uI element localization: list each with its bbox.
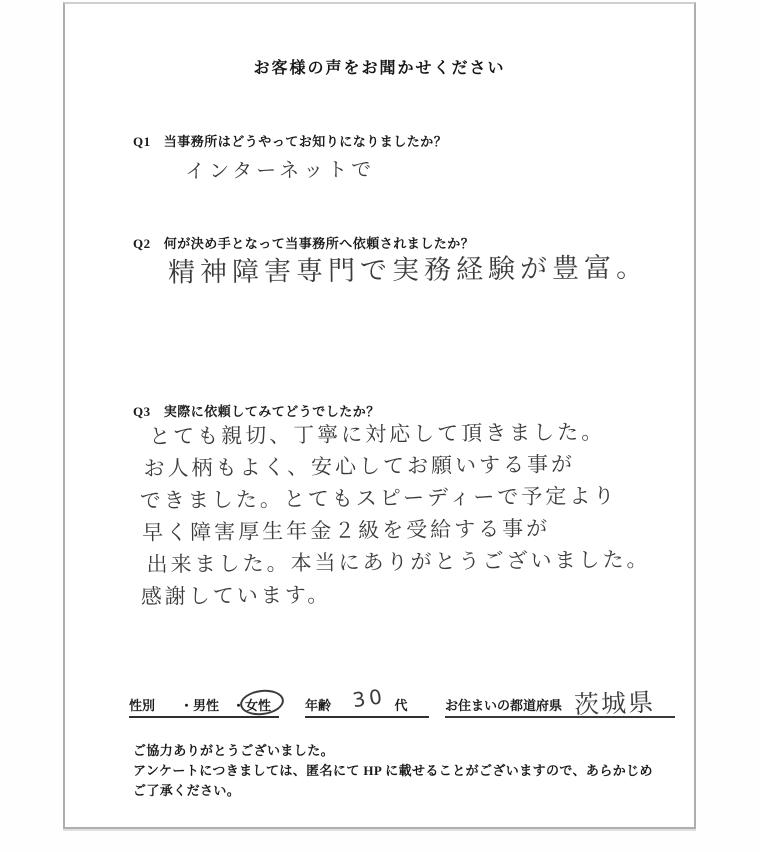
q3-answer-line: 感謝しています。: [141, 575, 651, 612]
gender-option-female: ・女性: [232, 695, 271, 716]
q1-row: Q1 当事務所はどうやってお知りになりましたか？: [133, 131, 447, 150]
gender-option-male: ・男性: [180, 695, 219, 716]
age-handwritten-value: 30: [351, 684, 388, 716]
survey-page: お客様の声をお聞かせください Q1 当事務所はどうやってお知りになりましたか？ …: [63, 2, 696, 829]
age-suffix: 代: [394, 695, 407, 716]
age-field: 年齢 30 代: [305, 692, 429, 718]
age-label: 年齢: [305, 695, 331, 716]
prefecture-label: お住まいの都道府県: [445, 695, 562, 716]
footer-note: ご協力ありがとうございました。 アンケートにつきましては、匿名にて HP に載せ…: [133, 741, 653, 801]
footer-line: ご協力ありがとうございました。: [133, 741, 653, 761]
q1-number: Q1: [133, 134, 160, 150]
q3-question-text: 実際に依頼してみてどうでしたか？: [164, 401, 380, 420]
q3-answer-line: できました。とてもスピーディーで予定より: [140, 479, 650, 516]
prefecture-field: お住まいの都道府県 茨城県: [445, 692, 675, 718]
page-title: お客様の声をお聞かせください: [65, 55, 694, 78]
q3-row: Q3 実際に依頼してみてどうでしたか？: [133, 401, 380, 420]
footer-line: アンケートにつきましては、匿名にて HP に載せることがございますので、あらかじ…: [133, 761, 653, 781]
q1-question-text: 当事務所はどうやってお知りになりましたか？: [164, 131, 448, 150]
q2-number: Q2: [133, 236, 160, 252]
gender-field: 性別 ・男性 ・女性: [129, 692, 279, 718]
scan-background: お客様の声をお聞かせください Q1 当事務所はどうやってお知りになりましたか？ …: [0, 0, 760, 852]
q3-answer-line: お人柄もよく、安心してお願いする事が: [143, 447, 649, 484]
q3-number: Q3: [133, 404, 160, 420]
prefecture-handwritten-value: 茨城県: [573, 683, 655, 722]
q1-handwritten-answer: インターネットで: [185, 153, 375, 184]
q3-answer-line: 早く障害厚生年金２級を受給する事が: [142, 511, 650, 548]
q3-handwritten-answer: とても親切、丁寧に対応して頂きました。 お人柄もよく、安心してお願いする事が で…: [149, 415, 651, 612]
q3-answer-line: とても親切、丁寧に対応して頂きました。: [149, 415, 649, 452]
footer-line: ご了承ください。: [133, 781, 653, 801]
q2-handwritten-answer: 精神障害専門で実務経験が豊富。: [168, 245, 648, 289]
handwritten-circle-mark: [239, 687, 286, 717]
gender-label: 性別: [129, 695, 155, 716]
q3-answer-line: 出来ました。本当にありがとうございました。: [146, 543, 650, 580]
